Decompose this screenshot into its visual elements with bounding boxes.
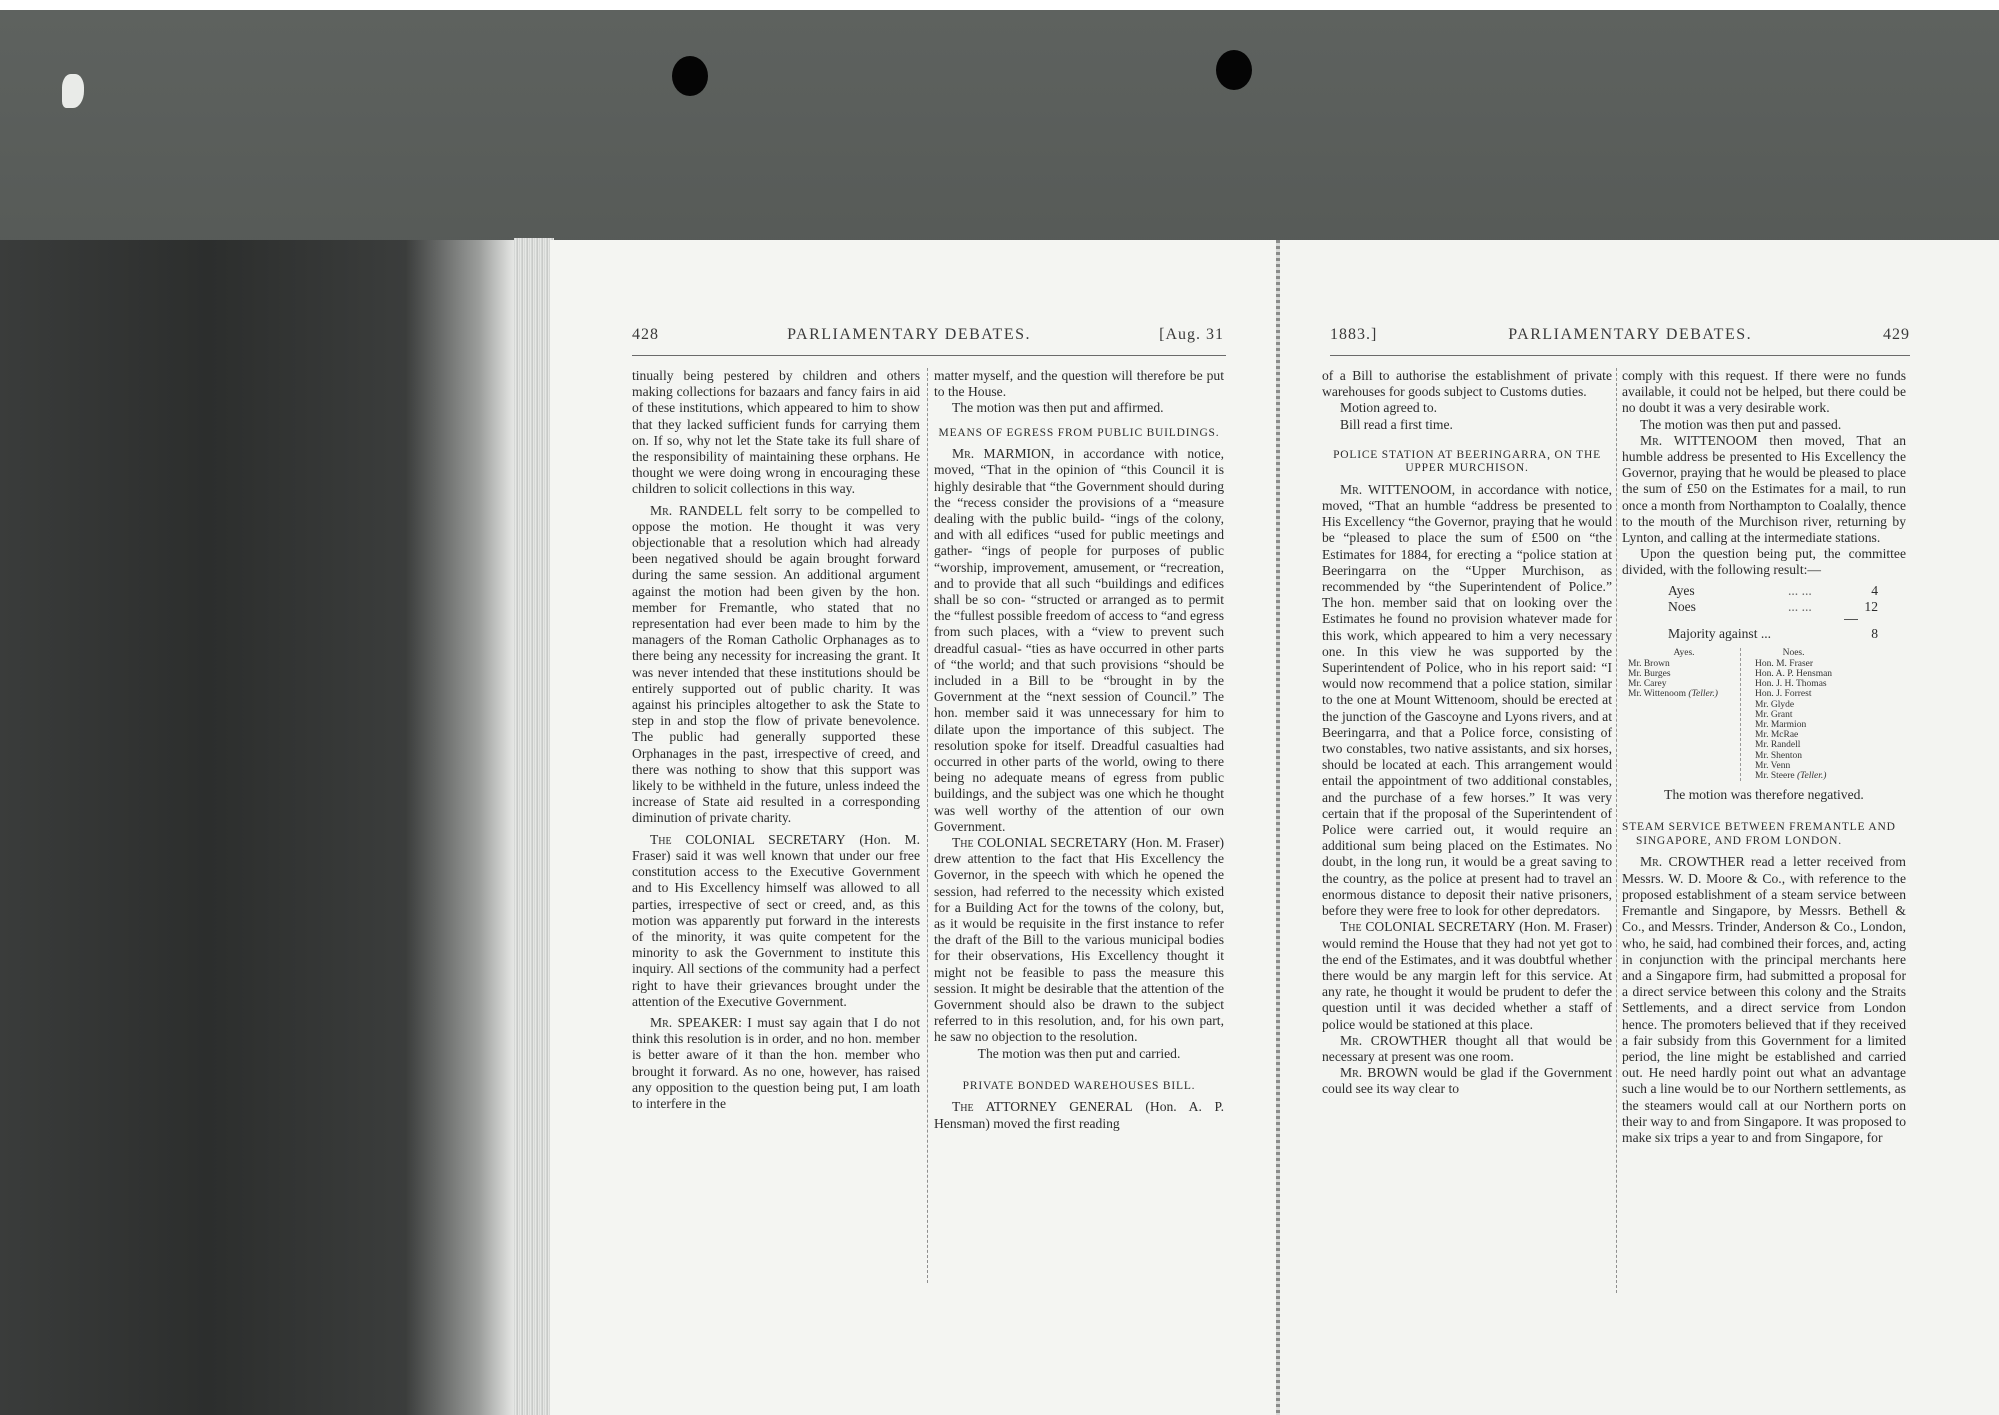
no-member: Mr. Steere <box>1755 771 1795 781</box>
no-member: Hon. M. Fraser <box>1755 659 1832 669</box>
noes-list-header: Noes. <box>1755 648 1832 658</box>
paper-tear-mark <box>62 74 84 108</box>
left-page-number: 428 <box>632 326 659 344</box>
paragraph: matter myself, and the question will the… <box>934 368 1224 400</box>
noes-list: Noes. Hon. M. Fraser Hon. A. P. Hensman … <box>1741 648 1832 782</box>
scanner-shadow-left <box>0 240 520 1415</box>
ayes-label: Ayes <box>1668 583 1788 599</box>
right-page-date: 1883.] <box>1330 326 1377 344</box>
page-edge-stack <box>514 238 554 1415</box>
paragraph-wittenoom-mail: Mr. WITTENOOM then moved, That an humble… <box>1622 433 1906 546</box>
section-heading-steam-service: STEAM SERVICE BETWEEN FREMANTLE AND SING… <box>1622 821 1906 848</box>
right-column-2: comply with this request. If there were … <box>1622 368 1906 1146</box>
paragraph-colonial-secretary: The COLONIAL SECRETARY (Hon. M. Fraser) … <box>1322 919 1612 1032</box>
ayes-count: 4 <box>1848 583 1878 599</box>
paragraph-marmion: Mr. MARMION, in accordance with notice, … <box>934 446 1224 835</box>
paragraph-wittenoom: Mr. WITTENOOM, in accordance with notice… <box>1322 482 1612 919</box>
speech-text: read a letter received from Messrs. W. D… <box>1622 854 1906 1144</box>
paragraph-motion-passed: The motion was then put and passed. <box>1622 417 1906 433</box>
noes-label: Noes <box>1668 599 1788 615</box>
no-member: Mr. Venn <box>1755 761 1832 771</box>
no-member: Mr. Shenton <box>1755 751 1832 761</box>
speaker-name: Mr. CROWTHER <box>1640 854 1745 869</box>
left-running-head: 428 PARLIAMENTARY DEBATES. [Aug. 31 <box>632 326 1224 348</box>
paragraph-colonial-secretary: The COLONIAL SECRETARY (Hon. M. Fraser) … <box>632 832 920 1010</box>
paragraph-motion-affirmed: The motion was then put and affirmed. <box>934 400 1224 416</box>
speaker-name: Mr. CROWTHER <box>1340 1033 1447 1048</box>
paragraph: tinually being pestered by children and … <box>632 368 920 498</box>
aye-member: Mr. Carey <box>1628 679 1740 689</box>
speaker-name: Mr. BROWN <box>1340 1065 1418 1080</box>
no-member: Mr. Glyde <box>1755 700 1832 710</box>
paragraph-attorney-general: The ATTORNEY GENERAL (Hon. A. P. Hensman… <box>934 1099 1224 1131</box>
aye-member-teller: Mr. Wittenoom (Teller.) <box>1628 689 1740 699</box>
speaker-name: Mr. MARMION <box>952 446 1051 461</box>
right-running-title: PARLIAMENTARY DEBATES. <box>1508 326 1752 344</box>
right-page-number: 429 <box>1883 326 1910 344</box>
paragraph: comply with this request. If there were … <box>1622 368 1906 417</box>
paragraph-division-intro: Upon the question being put, the committ… <box>1622 546 1906 578</box>
ayes-list-header: Ayes. <box>1628 648 1740 658</box>
left-running-title: PARLIAMENTARY DEBATES. <box>787 326 1031 344</box>
aye-member: Mr. Burges <box>1628 669 1740 679</box>
sum-rule <box>1844 619 1858 620</box>
paragraph-motion-carried: The motion was then put and carried. <box>934 1046 1224 1062</box>
paragraph-motion-negatived: The motion was therefore negatived. <box>1622 787 1906 803</box>
speaker-name: Mr. RANDELL <box>650 503 742 518</box>
speech-text: , in accordance with notice, moved, “Tha… <box>934 446 1224 834</box>
speaker-name: Mr. SPEAKER <box>650 1015 738 1030</box>
no-member: Hon. A. P. Hensman <box>1755 669 1832 679</box>
speaker-name: Mr. WITTENOOM <box>1640 433 1758 448</box>
speaker-name: The ATTORNEY GENERAL <box>952 1099 1133 1114</box>
punch-hole-right <box>1216 50 1252 90</box>
majority-count: 8 <box>1848 626 1878 642</box>
left-column-1: tinually being pestered by children and … <box>632 368 920 1112</box>
paragraph-brown: Mr. BROWN would be glad if the Governmen… <box>1322 1065 1612 1097</box>
no-member-teller: Mr. Steere (Teller.) <box>1755 771 1832 781</box>
paragraph: of a Bill to authorise the establishment… <box>1322 368 1612 400</box>
left-page-date: [Aug. 31 <box>1159 326 1224 344</box>
division-noes-row: Noes ... ... 12 <box>1622 599 1906 615</box>
paragraph-bill-read: Bill read a first time. <box>1322 417 1612 433</box>
paragraph-speaker: Mr. SPEAKER: I must say again that I do … <box>632 1015 920 1112</box>
speech-text: (Hon. M. Fraser) drew attention to the f… <box>934 835 1224 1044</box>
scan-top-margin <box>0 0 1999 10</box>
section-heading-police-station: POLICE STATION AT BEERINGARRA, ON THE UP… <box>1322 449 1612 476</box>
right-column-1: of a Bill to authorise the establishment… <box>1322 368 1612 1098</box>
no-member: Mr. Marmion <box>1755 720 1832 730</box>
no-member: Hon. J. H. Thomas <box>1755 679 1832 689</box>
no-member: Hon. J. Forrest <box>1755 689 1832 699</box>
speaker-name: The COLONIAL SECRETARY <box>1340 919 1516 934</box>
paragraph-crowther-letter: Mr. CROWTHER read a letter received from… <box>1622 854 1906 1146</box>
left-column-2: matter myself, and the question will the… <box>934 368 1224 1132</box>
speech-text: (Hon. M. Fraser) would remind the House … <box>1322 919 1612 1031</box>
speaker-name: Mr. WITTENOOM <box>1340 482 1452 497</box>
aye-member: Mr. Wittenoom <box>1628 689 1686 699</box>
no-member: Mr. Grant <box>1755 710 1832 720</box>
teller-note: (Teller.) <box>1797 771 1826 781</box>
right-column-divider <box>1616 368 1617 1293</box>
no-member: Mr. Randell <box>1755 740 1832 750</box>
paragraph-motion-agreed: Motion agreed to. <box>1322 400 1612 416</box>
division-majority-row: Majority against ... 8 <box>1622 626 1906 642</box>
paragraph-crowther: Mr. CROWTHER thought all that would be n… <box>1322 1033 1612 1065</box>
speaker-name: The COLONIAL SECRETARY <box>650 832 846 847</box>
leader-dots: ... ... <box>1788 583 1848 599</box>
punch-hole-left <box>672 56 708 96</box>
noes-count: 12 <box>1848 599 1878 615</box>
majority-label: Majority against ... <box>1668 626 1848 642</box>
teller-note: (Teller.) <box>1688 689 1717 699</box>
division-lists: Ayes. Mr. Brown Mr. Burges Mr. Carey Mr.… <box>1622 648 1906 782</box>
division-result: Ayes ... ... 4 Noes ... ... 12 Majority … <box>1622 583 1906 642</box>
right-running-head: 1883.] PARLIAMENTARY DEBATES. 429 <box>1330 326 1910 348</box>
speech-text: (Hon. M. Fraser) said it was well known … <box>632 832 920 1009</box>
speech-text: then moved, That an humble address be pr… <box>1622 433 1906 545</box>
speech-text: , in accordance with notice, moved, “Tha… <box>1322 482 1612 918</box>
division-ayes-row: Ayes ... ... 4 <box>1622 583 1906 599</box>
paragraph-colonial-secretary: The COLONIAL SECRETARY (Hon. M. Fraser) … <box>934 835 1224 1046</box>
paragraph-randell: Mr. RANDELL felt sorry to be compelled t… <box>632 503 920 827</box>
aye-member: Mr. Brown <box>1628 659 1740 669</box>
section-heading-means-of-egress: MEANS OF EGRESS FROM PUBLIC BUILDINGS. <box>934 427 1224 441</box>
leader-dots: ... ... <box>1788 599 1848 615</box>
right-head-rule <box>1330 355 1910 356</box>
section-heading-bonded-warehouses: PRIVATE BONDED WAREHOUSES BILL. <box>934 1080 1224 1094</box>
speaker-name: The COLONIAL SECRETARY <box>952 835 1128 850</box>
speech-text: felt sorry to be compelled to oppose the… <box>632 503 920 826</box>
left-column-divider <box>927 368 928 1283</box>
ayes-list: Ayes. Mr. Brown Mr. Burges Mr. Carey Mr.… <box>1622 648 1741 782</box>
left-head-rule <box>632 355 1226 356</box>
no-member: Mr. McRae <box>1755 730 1832 740</box>
